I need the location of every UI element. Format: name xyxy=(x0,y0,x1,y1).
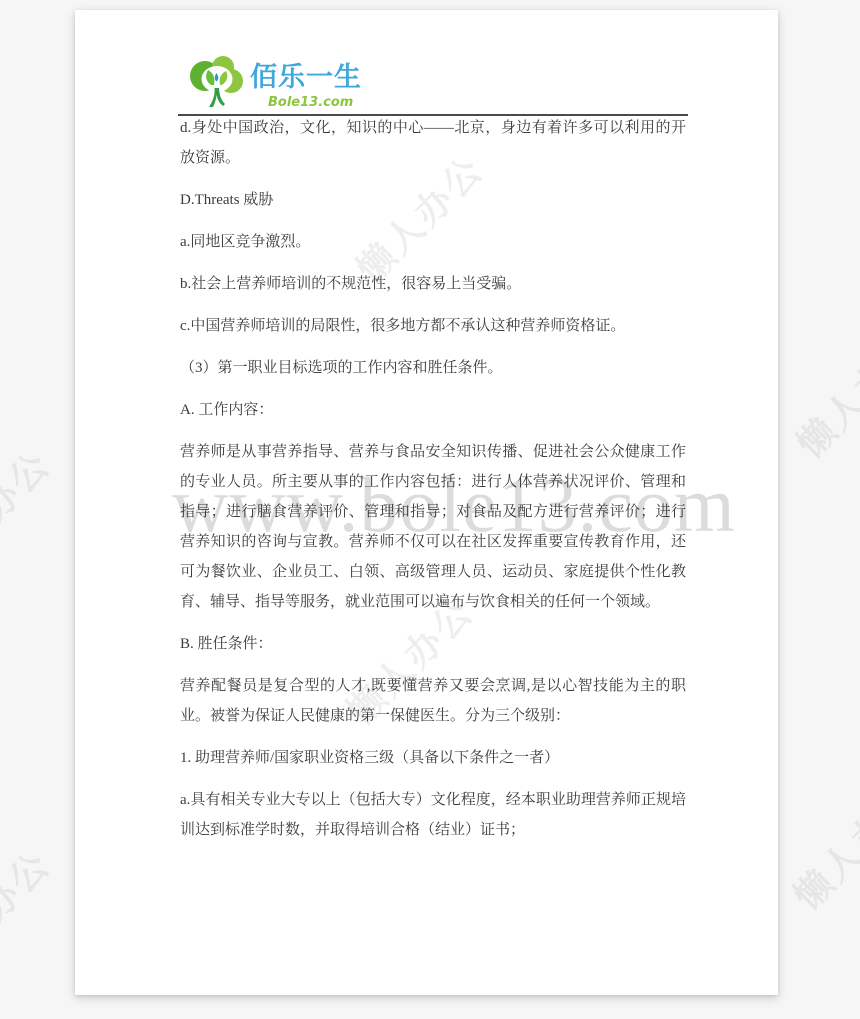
document-body: d.身处中国政治，文化，知识的中心——北京，身边有着许多可以利用的开放资源。 D… xyxy=(180,113,686,857)
doc-paragraph: d.身处中国政治，文化，知识的中心——北京，身边有着许多可以利用的开放资源。 xyxy=(180,113,686,173)
diagonal-watermark: 懒人办公 xyxy=(0,415,75,580)
doc-paragraph: a.同地区竞争激烈。 xyxy=(180,227,686,257)
desktop-background: 懒人办公 懒人办公 懒人办公 懒人办公 懒人办公 懒人办公 www.bole13… xyxy=(0,0,860,1019)
brand-url: Bole13.com xyxy=(268,96,380,110)
doc-paragraph: c.中国营养师培训的局限性，很多地方都不承认这种营养师资格证。 xyxy=(180,311,686,341)
doc-paragraph: D.Threats 威胁 xyxy=(180,185,686,215)
diagonal-watermark: 懒人办公 xyxy=(782,295,860,460)
brand-text-block: 佰乐一生 Bole13.com xyxy=(250,55,380,113)
doc-paragraph: 营养配餐员是复合型的人才,既要懂营养又要会烹调,是以心智技能为主的职业。被誉为保… xyxy=(180,671,686,731)
tree-logo-icon xyxy=(188,55,244,113)
doc-paragraph: B. 胜任条件： xyxy=(180,629,686,659)
doc-paragraph: a.具有相关专业大专以上（包括大专）文化程度，经本职业助理营养师正规培训达到标准… xyxy=(180,785,686,845)
diagonal-watermark: 懒人办公 xyxy=(779,747,860,912)
doc-paragraph: b.社会上营养师培训的不规范性，很容易上当受骗。 xyxy=(180,269,686,299)
diagonal-watermark: 懒人办公 xyxy=(0,815,75,980)
doc-paragraph: 1. 助理营养师/国家职业资格三级（具备以下条件之一者） xyxy=(180,743,686,773)
brand-name: 佰乐一生 xyxy=(250,61,380,95)
doc-paragraph: （3）第一职业目标选项的工作内容和胜任条件。 xyxy=(180,353,686,383)
brand-logo: 佰乐一生 Bole13.com xyxy=(188,55,380,113)
doc-paragraph: A. 工作内容： xyxy=(180,395,686,425)
doc-paragraph: 营养师是从事营养指导、营养与食品安全知识传播、促进社会公众健康工作的专业人员。所… xyxy=(180,437,686,617)
